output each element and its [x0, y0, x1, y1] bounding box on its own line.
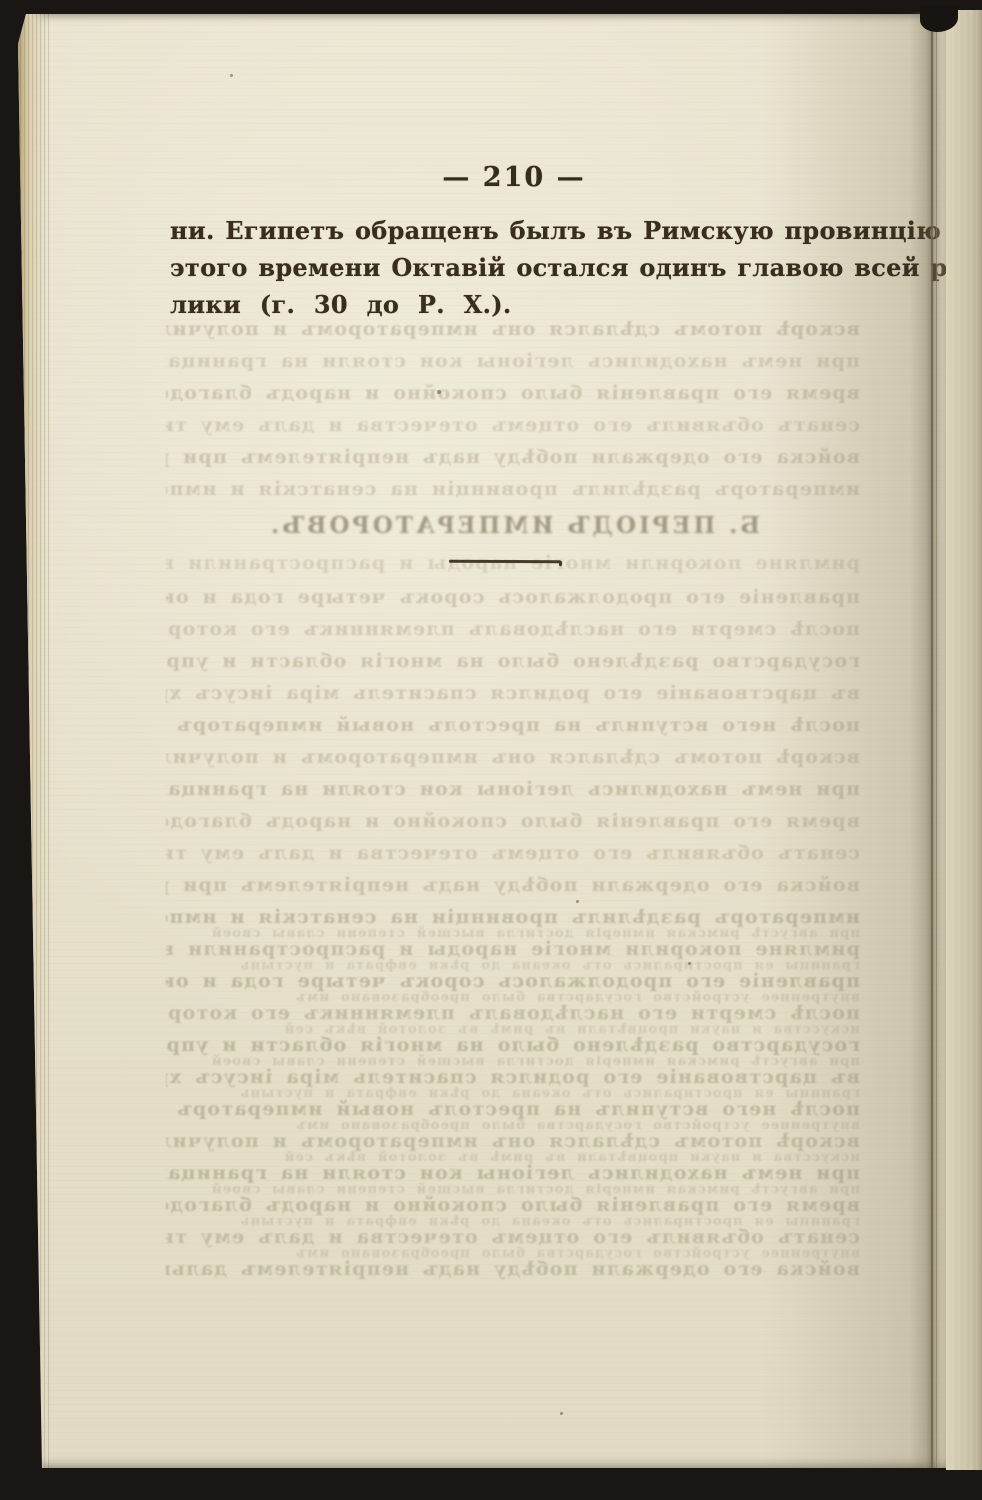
dust-speck	[560, 1412, 563, 1415]
paragraph: ни. Египетъ обращенъ былъ въ Римскую про…	[170, 212, 860, 323]
bleedthrough-heading: Б. ПЕРІОДЪ ИМПЕРАТОРОВЪ.	[170, 512, 858, 540]
binding-crease	[910, 12, 952, 1468]
page-fore-edge	[16, 14, 50, 1468]
paragraph-line: лики (г. 30 до Р. Х.).	[170, 286, 860, 323]
dust-speck	[688, 962, 691, 965]
dust-speck	[230, 74, 233, 77]
dust-speck	[437, 390, 441, 394]
section-divider-rule	[449, 560, 561, 563]
paragraph-line: ни. Египетъ обращенъ былъ въ Римскую про…	[170, 212, 860, 249]
dust-speck	[576, 900, 579, 903]
paragraph-line: этого времени Октавій остался одинъ глав…	[170, 249, 860, 286]
page-number: — 210 —	[170, 162, 858, 196]
book-scan: вскорѣ потомъ сдѣлался онъ императоромъ …	[0, 0, 982, 1500]
